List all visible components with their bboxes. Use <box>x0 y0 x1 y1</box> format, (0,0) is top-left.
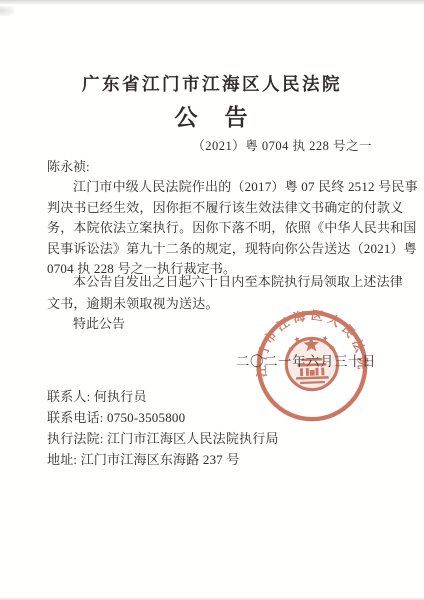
paragraph-line: 务，本院依法立案执行。因你下落不明，依照《中华人民共和国 <box>47 218 381 239</box>
court-title: 广东省江门市江海区人民法院 <box>0 71 424 96</box>
contact-block: 联系人: 何执行员 联系电话: 0750-3505800 执行法院: 江门市江海… <box>47 386 279 470</box>
closing-phrase: 特此公告 <box>73 313 125 332</box>
document-page: 广东省江门市江海区人民法院 公 告 （2021）粤 0704 执 228 号之一… <box>0 0 424 600</box>
executing-court-line: 执行法院: 江门市江海区人民法院执行局 <box>47 428 279 449</box>
body-paragraph-1: 江门市中级人民法院作出的（2017）粤 07 民终 2512 号民事 判决书已经… <box>47 177 381 280</box>
addressee-name: 陈永祯: <box>47 156 90 175</box>
paragraph-line: 判决书已经生效，因你拒不履行该生效法律文书确定的付款义 <box>47 198 381 219</box>
paragraph-line: 民事诉讼法》第九十二条的规定，现特向你公告送达（2021）粤 <box>47 239 381 260</box>
announcement-heading: 公 告 <box>0 99 424 132</box>
paragraph-line: 本公告自发出之日起六十日内至本院执行局领取上述法律 <box>47 271 381 293</box>
issue-date: 二〇二一年六月三十日 <box>236 350 376 370</box>
scan-corner-smudge <box>0 6 14 16</box>
address-line: 地址: 江门市江海区东海路 237 号 <box>47 449 279 470</box>
paragraph-line: 江门市中级人民法院作出的（2017）粤 07 民终 2512 号民事 <box>47 177 381 198</box>
contact-phone-line: 联系电话: 0750-3505800 <box>47 407 279 428</box>
scan-edge-shadow-top <box>0 0 424 5</box>
case-number: （2021）粤 0704 执 228 号之一 <box>192 136 372 154</box>
contact-person-line: 联系人: 何执行员 <box>47 386 279 407</box>
